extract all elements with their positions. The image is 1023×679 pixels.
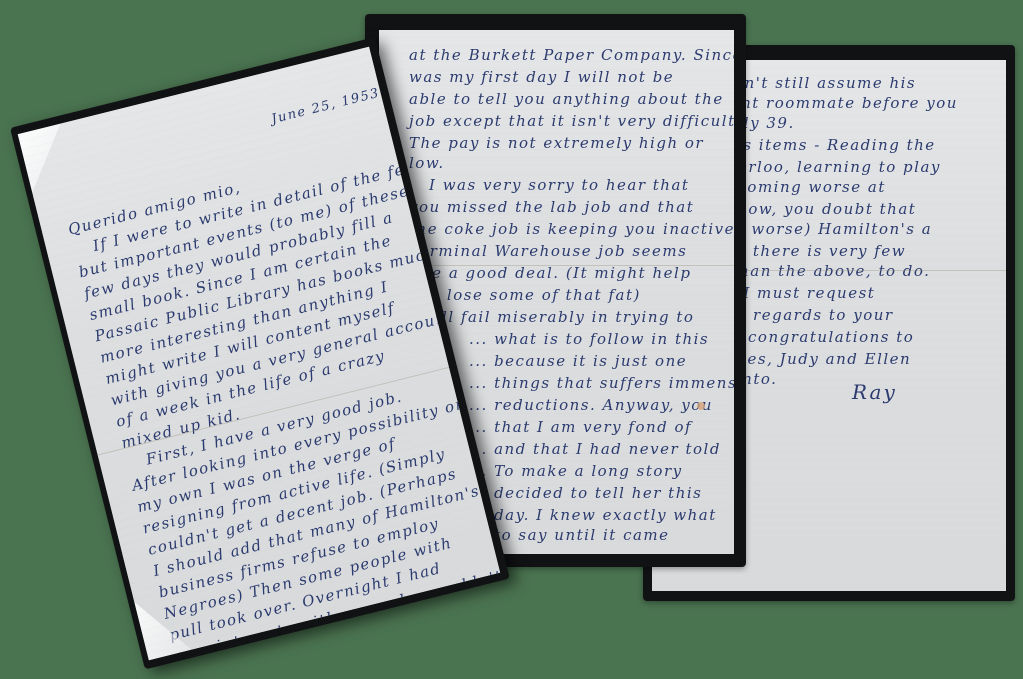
signature: Ray: [852, 380, 897, 404]
handwritten-line: you lose some of that fat): [409, 286, 641, 304]
paper-fold: [379, 265, 734, 266]
handwritten-line: like a good deal. (It might help: [409, 264, 691, 282]
sleeve-corner-glare: [18, 124, 75, 193]
paper-stain: [697, 402, 705, 410]
handwritten-line: ... that I am very fond of: [469, 418, 692, 436]
handwritten-line: ... what is to follow in this: [469, 330, 709, 348]
handwritten-line: Terminal Warehouse job seems: [409, 242, 687, 260]
handwritten-line: ... because it is just one: [469, 352, 687, 370]
handwritten-line: ... To make a long story: [469, 462, 683, 480]
handwritten-line: able to tell you anything about the: [409, 90, 724, 108]
handwritten-line: at the Burkett Paper Company. Since toda…: [409, 46, 734, 64]
handwritten-line: was my first day I will not be: [409, 68, 674, 86]
handwritten-line: ... decided to tell her this: [469, 484, 702, 502]
handwritten-line: job except that it isn't very difficult.: [409, 112, 734, 130]
handwritten-line: low.: [409, 154, 445, 172]
handwritten-line: I was very sorry to hear that: [429, 176, 689, 194]
handwritten-line: you missed the lab job and that: [409, 198, 694, 216]
handwritten-line: ... reductions. Anyway, you: [469, 396, 713, 414]
handwritten-line: I'll fail miserably in trying to: [429, 308, 694, 326]
letter-date: June 25, 1953: [270, 86, 382, 127]
handwritten-line: ... and that I had never told: [469, 440, 721, 458]
handwritten-line: the coke job is keeping you inactive.: [409, 220, 734, 238]
handwritten-line: The pay is not extremely high or: [409, 134, 704, 152]
handwritten-line: ... things that suffers immensely: [469, 374, 734, 392]
handwritten-line: ... day. I knew exactly what: [469, 506, 717, 524]
